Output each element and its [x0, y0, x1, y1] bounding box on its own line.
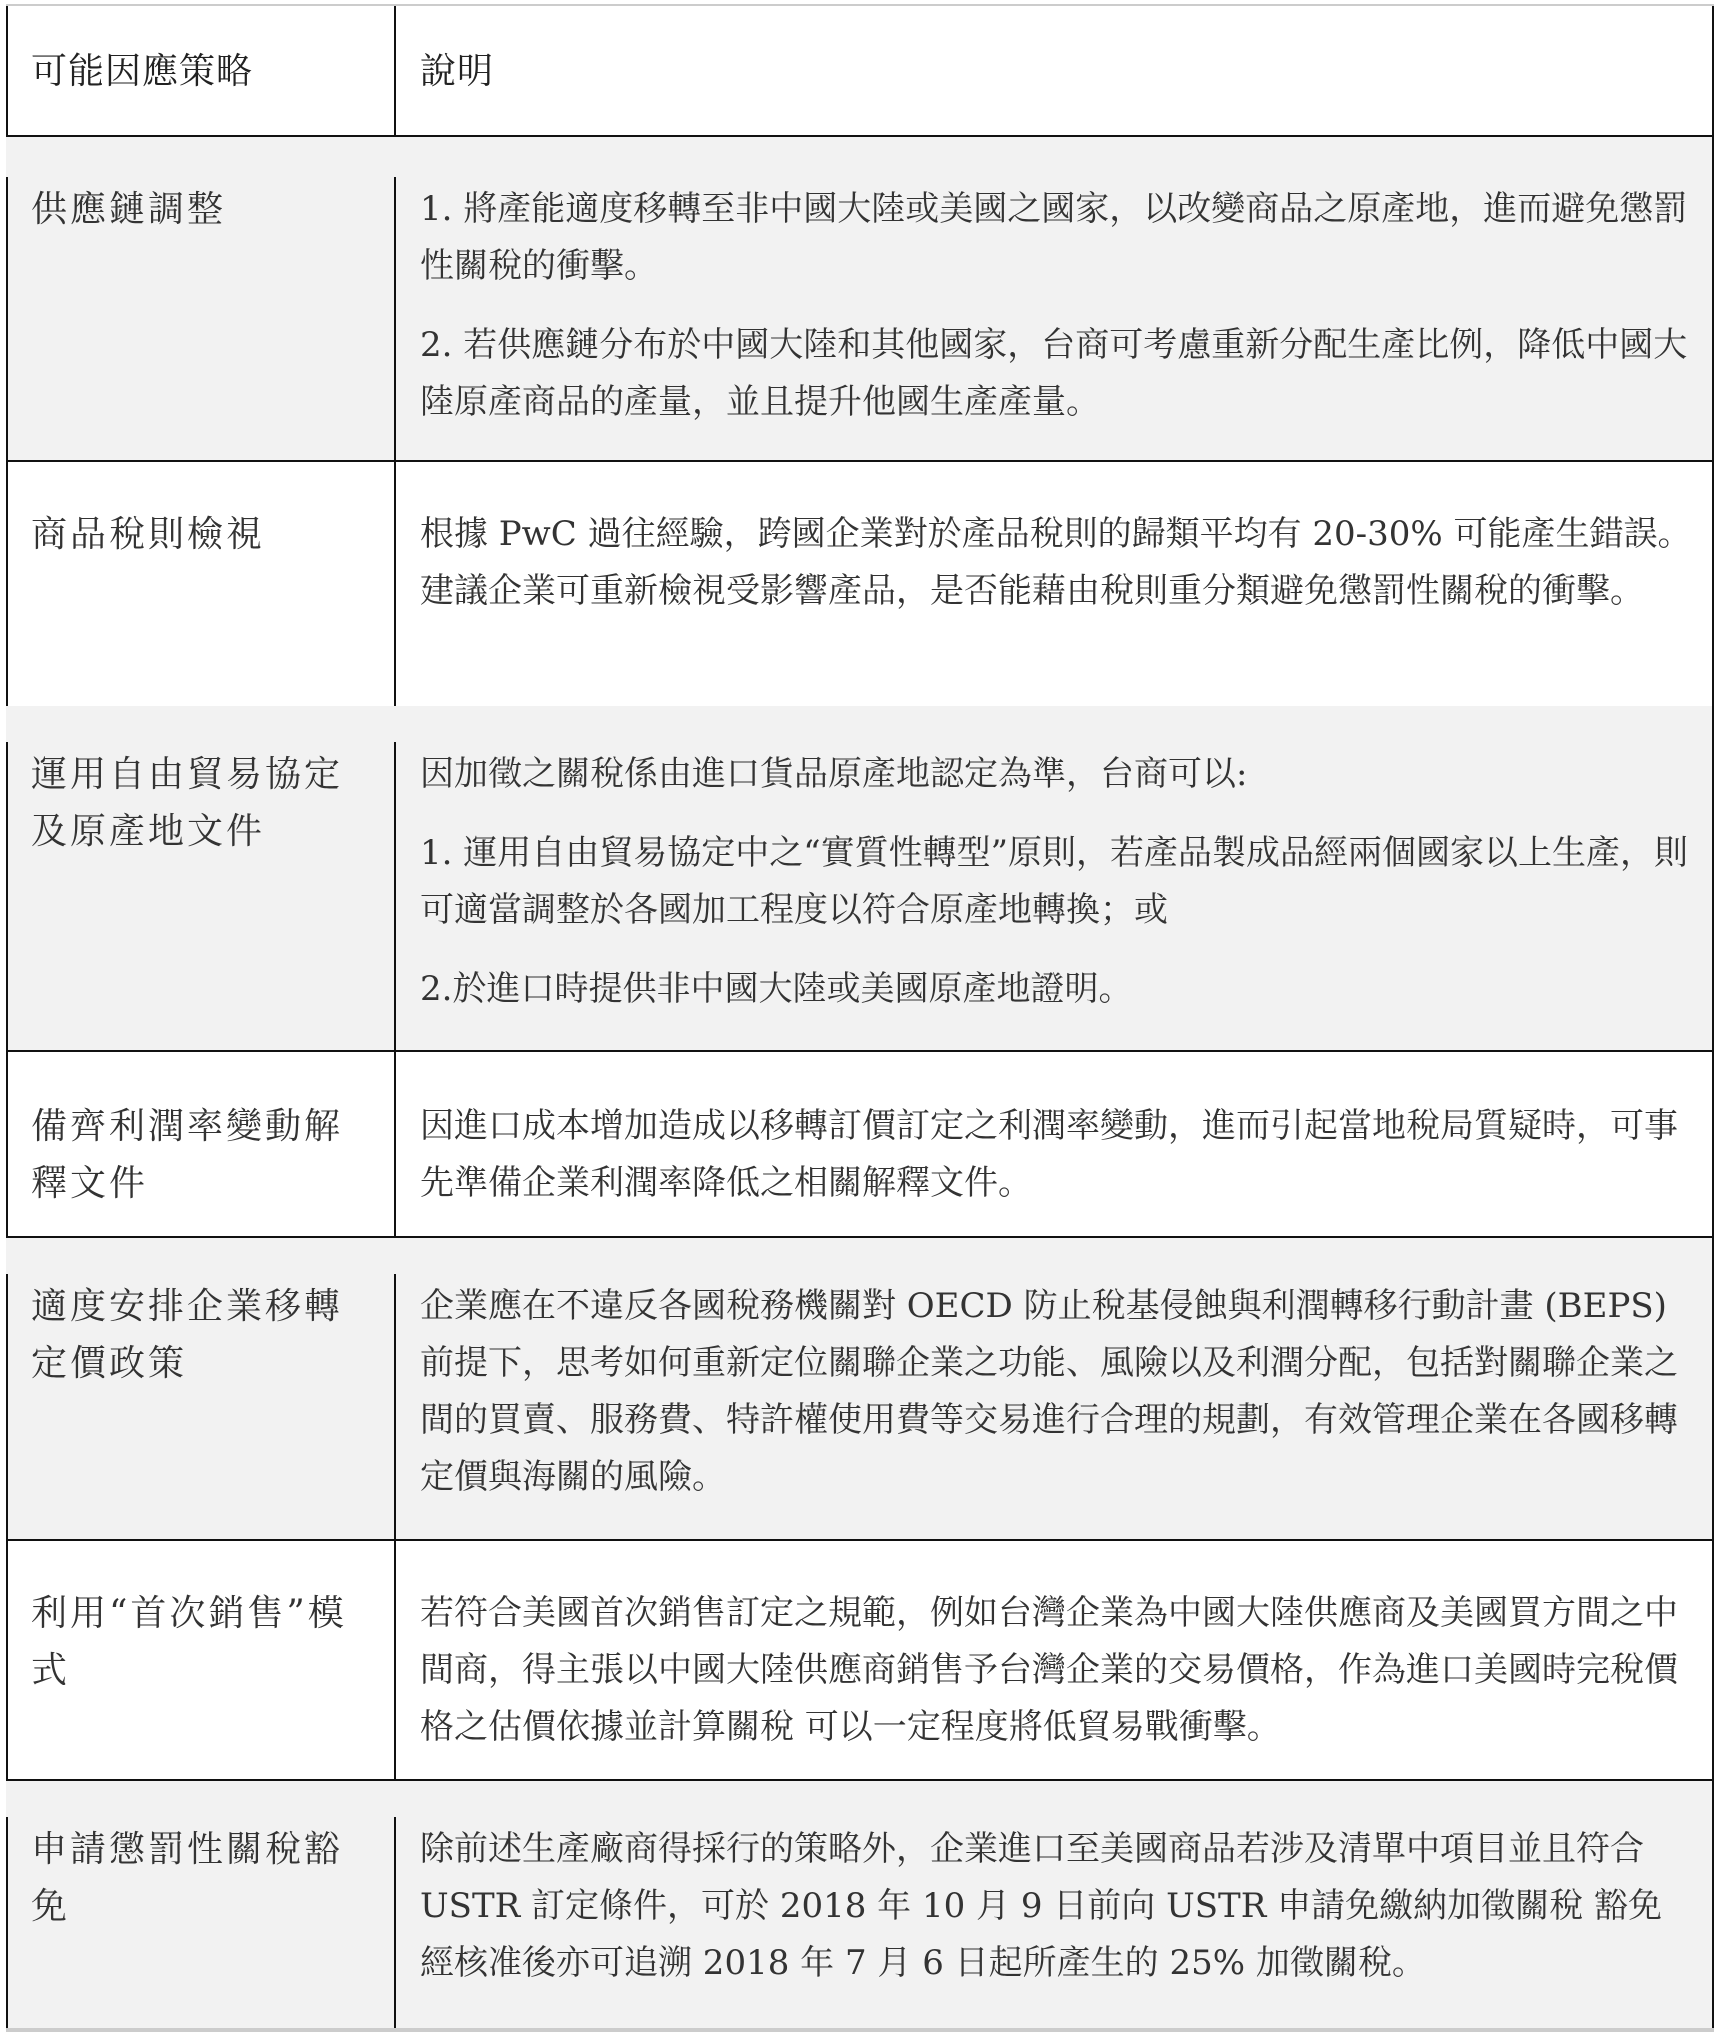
- column-divider: [394, 462, 396, 706]
- table-row: 商品稅則檢視 根據 PwC 過往經驗，跨國企業對於產品稅則的歸類平均有 20-3…: [6, 462, 1714, 706]
- column-divider: [394, 1817, 396, 2028]
- border-left: [6, 1052, 8, 1238]
- border-left: [6, 742, 8, 1052]
- table-bottom-rule: [6, 2028, 1714, 2032]
- border-left: [6, 6, 8, 137]
- border-right: [1712, 1052, 1714, 1238]
- table-row: 利用“首次銷售”模式 若符合美國首次銷售訂定之規範，例如台灣企業為中國大陸供應商…: [6, 1541, 1714, 1781]
- header-description: 說明: [420, 43, 1695, 100]
- description-paragraph: 企業應在不違反各國稅務機關對 OECD 防止稅基侵蝕與利潤轉移行動計畫 (BEP…: [420, 1278, 1695, 1506]
- description-paragraph: 若符合美國首次銷售訂定之規範，例如台灣企業為中國大陸供應商及美國買方間之中間商，…: [420, 1585, 1695, 1756]
- table-row: 申請懲罰性關稅豁免 除前述生產廠商得採行的策略外，企業進口至美國商品若涉及清單中…: [6, 1781, 1714, 2028]
- description-paragraph: 2. 若供應鏈分布於中國大陸和其他國家，台商可考慮重新分配生產比例，降低中國大陸…: [420, 317, 1695, 431]
- header-strategy: 可能因應策略: [31, 43, 361, 100]
- description-paragraph: 除前述生產廠商得採行的策略外，企業進口至美國商品若涉及清單中項目並且符合 UST…: [420, 1821, 1695, 1992]
- border-right: [1712, 6, 1714, 137]
- description-paragraph: 2.於進口時提供非中國大陸或美國原產地證明。: [420, 961, 1695, 1018]
- strategy-cell: 適度安排企業移轉定價政策: [31, 1278, 361, 1392]
- column-divider: [394, 6, 396, 137]
- strategy-cell: 利用“首次銷售”模式: [31, 1585, 361, 1699]
- column-divider: [394, 742, 396, 1052]
- description-paragraph: 因進口成本增加造成以移轉訂價訂定之利潤率變動，進而引起當地稅局質疑時，可事先準備…: [420, 1098, 1695, 1212]
- border-left: [6, 1274, 8, 1541]
- description-cell: 因進口成本增加造成以移轉訂價訂定之利潤率變動，進而引起當地稅局質疑時，可事先準備…: [420, 1098, 1695, 1234]
- table-header-row: 可能因應策略 說明: [6, 6, 1714, 137]
- strategy-table: 可能因應策略 說明 供應鏈調整 1. 將產能適度移轉至非中國大陸或美國之國家，以…: [6, 4, 1714, 2032]
- strategy-cell: 運用自由貿易協定及原產地文件: [31, 746, 361, 860]
- description-paragraph: 根據 PwC 過往經驗，跨國企業對於產品稅則的歸類平均有 20-30% 可能產生…: [420, 506, 1695, 620]
- border-left: [6, 1817, 8, 2028]
- column-divider: [394, 1052, 396, 1238]
- border-right: [1712, 137, 1714, 462]
- table-row: 適度安排企業移轉定價政策 企業應在不違反各國稅務機關對 OECD 防止稅基侵蝕與…: [6, 1238, 1714, 1541]
- description-cell: 除前述生產廠商得採行的策略外，企業進口至美國商品若涉及清單中項目並且符合 UST…: [420, 1821, 1695, 2014]
- border-right: [1712, 706, 1714, 1052]
- description-cell: 因加徵之關稅係由進口貨品原產地認定為準，台商可以: 1. 運用自由貿易協定中之“…: [420, 746, 1695, 1040]
- border-right: [1712, 1781, 1714, 2028]
- description-cell: 若符合美國首次銷售訂定之規範，例如台灣企業為中國大陸供應商及美國買方間之中間商，…: [420, 1585, 1695, 1778]
- column-divider: [394, 177, 396, 462]
- strategy-cell: 備齊利潤率變動解釋文件: [31, 1098, 361, 1212]
- description-paragraph: 因加徵之關稅係由進口貨品原產地認定為準，台商可以:: [420, 746, 1695, 803]
- table-row: 備齊利潤率變動解釋文件 因進口成本增加造成以移轉訂價訂定之利潤率變動，進而引起當…: [6, 1052, 1714, 1238]
- column-divider: [394, 1541, 396, 1781]
- description-cell: 企業應在不違反各國稅務機關對 OECD 防止稅基侵蝕與利潤轉移行動計畫 (BEP…: [420, 1278, 1695, 1528]
- strategy-cell: 商品稅則檢視: [31, 506, 361, 563]
- border-left: [6, 177, 8, 462]
- description-cell: 根據 PwC 過往經驗，跨國企業對於產品稅則的歸類平均有 20-30% 可能產生…: [420, 506, 1695, 642]
- border-right: [1712, 1541, 1714, 1781]
- strategy-cell: 供應鏈調整: [31, 181, 361, 238]
- strategy-cell: 申請懲罰性關稅豁免: [31, 1821, 361, 1935]
- table-row: 供應鏈調整 1. 將產能適度移轉至非中國大陸或美國之國家，以改變商品之原產地，進…: [6, 137, 1714, 462]
- description-cell: 1. 將產能適度移轉至非中國大陸或美國之國家，以改變商品之原產地，進而避免懲罰性…: [420, 181, 1695, 453]
- border-left: [6, 462, 8, 706]
- table-row: 運用自由貿易協定及原產地文件 因加徵之關稅係由進口貨品原產地認定為準，台商可以:…: [6, 706, 1714, 1052]
- border-left: [6, 1541, 8, 1781]
- column-divider: [394, 1274, 396, 1541]
- description-paragraph: 1. 運用自由貿易協定中之“實質性轉型”原則，若產品製成品經兩個國家以上生產，則…: [420, 825, 1695, 939]
- description-paragraph: 1. 將產能適度移轉至非中國大陸或美國之國家，以改變商品之原產地，進而避免懲罰性…: [420, 181, 1695, 295]
- border-right: [1712, 1238, 1714, 1541]
- border-right: [1712, 462, 1714, 706]
